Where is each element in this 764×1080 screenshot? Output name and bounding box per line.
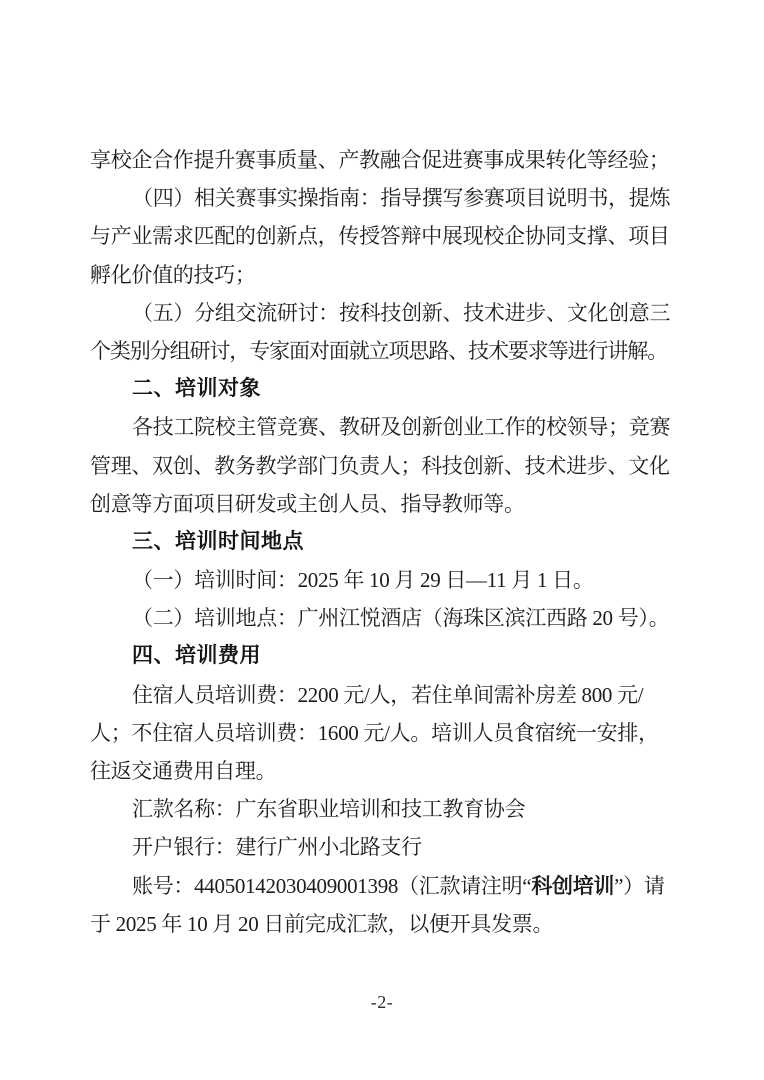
paragraph-line: （五）分组交流研讨：按科技创新、技术进步、文化创意三 <box>90 294 676 332</box>
deadline-line: 于 2025 年 10 月 20 日前完成汇款，以便开具发票。 <box>90 905 676 943</box>
bank-line: 开户银行：建行广州小北路支行 <box>90 828 676 866</box>
remit-name-line: 汇款名称：广东省职业培训和技工教育协会 <box>90 790 676 828</box>
page-number: -2- <box>0 992 764 1013</box>
fee-line: 往返交通费用自理。 <box>90 752 676 790</box>
heading-training-time-location: 三、培训时间地点 <box>90 523 676 561</box>
account-line-bold: 科创培训 <box>531 874 614 898</box>
fee-line: 人；不住宿人员培训费：1600 元/人。培训人员食宿统一安排， <box>90 714 676 752</box>
training-time-line: （一）培训时间：2025 年 10 月 29 日—11 月 1 日。 <box>90 561 676 599</box>
paragraph-line: 个类别分组研讨，专家面对面就立项思路、技术要求等进行讲解。 <box>90 332 676 370</box>
paragraph-line: 与产业需求匹配的创新点，传授答辩中展现校企协同支撑、项目 <box>90 217 676 255</box>
document-page: 享校企合作提升赛事质量、产教融合促进赛事成果转化等经验； （四）相关赛事实操指南… <box>0 0 764 1080</box>
account-line-pre: 账号：44050142030409001398（汇款请注明“ <box>132 874 531 898</box>
fee-line: 住宿人员培训费：2200 元/人，若住单间需补房差 800 元/ <box>90 676 676 714</box>
account-line: 账号：44050142030409001398（汇款请注明“科创培训”）请 <box>90 867 676 905</box>
paragraph-line: 享校企合作提升赛事质量、产教融合促进赛事成果转化等经验； <box>90 141 676 179</box>
training-location-line: （二）培训地点：广州江悦酒店（海珠区滨江西路 20 号）。 <box>90 599 676 637</box>
heading-training-fee: 四、培训费用 <box>90 637 676 675</box>
paragraph-line: 各技工院校主管竞赛、教研及创新创业工作的校领导；竞赛 <box>90 408 676 446</box>
paragraph-line: （四）相关赛事实操指南：指导撰写参赛项目说明书，提炼 <box>90 179 676 217</box>
paragraph-line: 管理、双创、教务教学部门负责人；科技创新、技术进步、文化 <box>90 447 676 485</box>
paragraph-line: 孵化价值的技巧； <box>90 256 676 294</box>
document-body: 享校企合作提升赛事质量、产教融合促进赛事成果转化等经验； （四）相关赛事实操指南… <box>90 141 676 943</box>
heading-training-target: 二、培训对象 <box>90 370 676 408</box>
paragraph-line: 创意等方面项目研发或主创人员、指导教师等。 <box>90 485 676 523</box>
account-line-post: ”）请 <box>614 874 664 898</box>
